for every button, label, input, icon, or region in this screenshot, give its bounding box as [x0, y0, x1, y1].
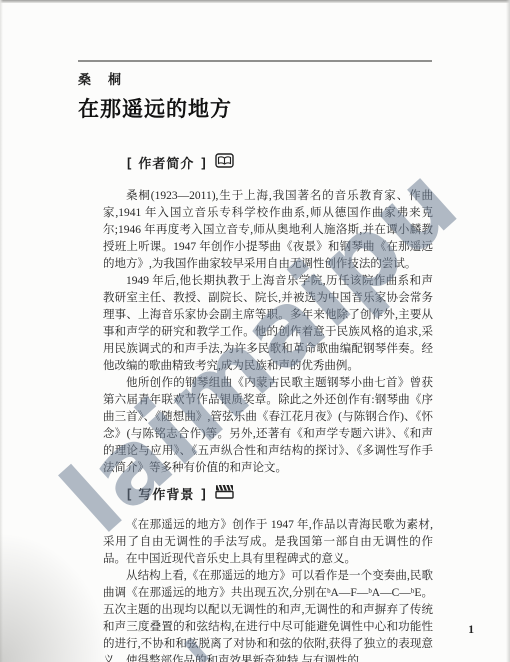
section-heading-label: 写作背景 — [138, 484, 194, 503]
open-book-icon — [215, 153, 234, 171]
page-number: 1 — [468, 624, 474, 636]
section-heading-writing-background: [ 写作背景 ] — [127, 483, 433, 503]
text-column: [ 作者简介 ] 桑桐(1923—2011),生于上海,我国著名的音乐教育家、作… — [103, 0, 433, 662]
paragraph: 《在那遥远的地方》创作于 1947 年,作品以青海民歌为素材,采用了自由无调性的… — [103, 517, 433, 568]
bracket-close: ] — [201, 486, 205, 501]
book-page: 桑 桐 在那遥远的地方 [ 作者简介 ] 桑桐(1923—2011),生于上海,… — [0, 0, 510, 662]
paragraph: 他所创作的钢琴组曲《内蒙古民歌主题钢琴小曲七首》曾获第六届青年联欢节作品银质奖章… — [103, 375, 433, 477]
paragraph: 1949 年后,他长期执教于上海音乐学院,历任该院作曲系和声教研室主任、教授、副… — [103, 273, 433, 375]
clapperboard-icon — [215, 484, 234, 502]
paragraph: 从结构上看,《在那遥远的地方》可以看作是一个变奏曲,民歌曲调《在那遥远的地方》共… — [103, 568, 433, 662]
scan-corner-shadow — [0, 532, 110, 662]
section-heading-label: 作者简介 — [138, 153, 194, 172]
paragraph: 桑桐(1923—2011),生于上海,我国著名的音乐教育家、作曲家,1941 年… — [103, 188, 433, 273]
section-heading-author-intro: [ 作者简介 ] — [127, 152, 433, 172]
bracket-open: [ — [127, 486, 131, 501]
bracket-close: ] — [201, 155, 205, 170]
bracket-open: [ — [127, 155, 131, 170]
scan-edge-right — [506, 0, 510, 662]
